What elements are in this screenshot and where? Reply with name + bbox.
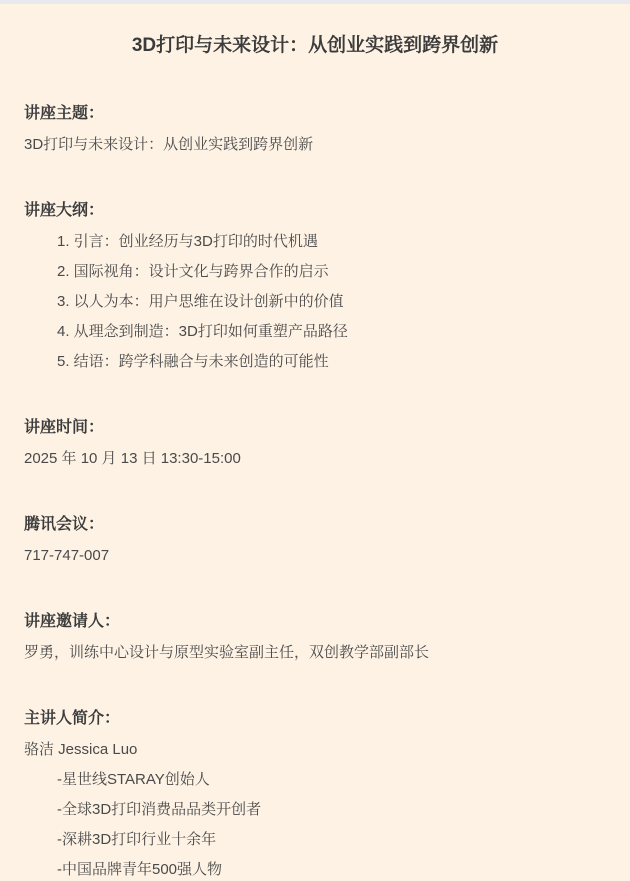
section-time: 讲座时间： 2025 年 10 月 13 日 13:30-15:00 (24, 416, 606, 471)
meeting-id: 717-747-007 (24, 544, 606, 568)
section-inviter: 讲座邀请人： 罗勇，训练中心设计与原型实验室副主任，双创教学部副部长 (24, 610, 606, 665)
outline-item: 2. 国际视角：设计文化与跨界合作的启示 (57, 260, 606, 284)
time-heading: 讲座时间： (24, 416, 606, 440)
outline-list: 1. 引言：创业经历与3D打印的时代机遇 2. 国际视角：设计文化与跨界合作的启… (24, 230, 606, 374)
speaker-heading: 主讲人简介： (24, 707, 606, 731)
outline-item: 3. 以人为本：用户思维在设计创新中的价值 (57, 290, 606, 314)
inviter-heading: 讲座邀请人： (24, 610, 606, 634)
credential-item: -深耕3D打印行业十余年 (57, 828, 606, 852)
section-meeting: 腾讯会议： 717-747-007 (24, 513, 606, 568)
speaker-credentials-list: -星世线STARAY创始人 -全球3D打印消费品品类开创者 -深耕3D打印行业十… (24, 768, 606, 881)
page-title: 3D打印与未来设计：从创业实践到跨界创新 (24, 18, 606, 60)
time-text: 2025 年 10 月 13 日 13:30-15:00 (24, 447, 606, 471)
outline-item: 1. 引言：创业经历与3D打印的时代机遇 (57, 230, 606, 254)
lecture-announcement: 3D打印与未来设计：从创业实践到跨界创新 讲座主题： 3D打印与未来设计：从创业… (0, 4, 630, 881)
credential-item: -中国品牌青年500强人物 (57, 858, 606, 881)
credential-item: -全球3D打印消费品品类开创者 (57, 798, 606, 822)
topic-text: 3D打印与未来设计：从创业实践到跨界创新 (24, 133, 606, 157)
credential-item: -星世线STARAY创始人 (57, 768, 606, 792)
meeting-heading: 腾讯会议： (24, 513, 606, 537)
outline-heading: 讲座大纲： (24, 199, 606, 223)
outline-item: 4. 从理念到制造：3D打印如何重塑产品路径 (57, 320, 606, 344)
section-topic: 讲座主题： 3D打印与未来设计：从创业实践到跨界创新 (24, 102, 606, 157)
section-outline: 讲座大纲： 1. 引言：创业经历与3D打印的时代机遇 2. 国际视角：设计文化与… (24, 199, 606, 374)
topic-heading: 讲座主题： (24, 102, 606, 126)
inviter-text: 罗勇，训练中心设计与原型实验室副主任，双创教学部副部长 (24, 641, 606, 665)
section-speaker: 主讲人简介： 骆洁 Jessica Luo -星世线STARAY创始人 -全球3… (24, 707, 606, 881)
outline-item: 5. 结语：跨学科融合与未来创造的可能性 (57, 350, 606, 374)
speaker-name: 骆洁 Jessica Luo (24, 738, 606, 762)
